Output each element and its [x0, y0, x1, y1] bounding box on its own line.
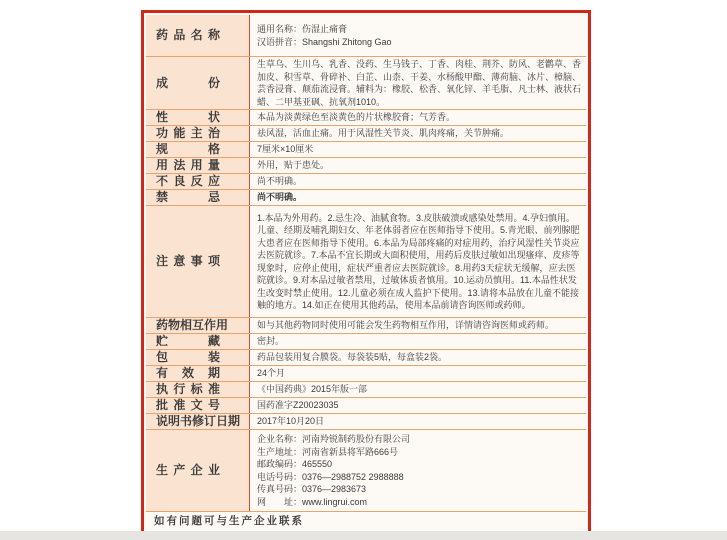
row-label-text: 贮藏: [156, 335, 220, 348]
table-row-package: 包装药品包装用复合膜袋。每袋装5贴，每盒装2袋。: [146, 350, 586, 366]
table-row-precautions: 注意事项1.本品为外用药。2.忌生冷、油腻食物。3.皮肤破溃或感染处禁用。4.孕…: [146, 206, 586, 318]
row-content-drug-name: 通用名称：伤湿止痛膏汉语拼音：Shangshi Zhitong Gao: [250, 15, 586, 56]
row-label-adverse-reactions: 不良反应: [146, 174, 250, 189]
row-label-manufacturer: 生产企业: [146, 430, 250, 511]
drug-leaflet-photo: 药品名称通用名称：伤湿止痛膏汉语拼音：Shangshi Zhitong Gao成…: [0, 0, 727, 540]
row-label-ingredients: 成份: [146, 57, 250, 109]
content-line: 药品包装用复合膜袋。每袋装5贴，每盒装2袋。: [257, 351, 583, 364]
row-label-drug-name: 药品名称: [146, 15, 250, 56]
row-label-specification: 规格: [146, 142, 250, 157]
content-line: 7厘米×10厘米: [257, 143, 583, 156]
table-row-manufacturer: 生产企业企业名称：河南羚锐制药股份有限公司生产地址：河南省新县将军路666号邮政…: [146, 430, 586, 512]
row-label-text: 药品名称: [156, 29, 220, 42]
content-line: 生草乌、生川乌、乳香、没药、生马钱子、丁香、肉桂、荆芥、防风、老鹳草、香加皮、积…: [257, 58, 583, 108]
table-row-drug-interactions: 药物相互作用如与其他药物同时使用可能会发生药物相互作用，详情请咨询医师或药师。: [146, 318, 586, 334]
content-line: 尚不明确。: [257, 191, 583, 204]
row-label-text: 有效期: [156, 367, 220, 380]
row-content-drug-interactions: 如与其他药物同时使用可能会发生药物相互作用，详情请咨询医师或药师。: [250, 318, 586, 333]
row-label-text: 注意事项: [156, 255, 220, 268]
table-row-validity-period: 有效期24个月: [146, 366, 586, 382]
content-line: 生产地址：河南省新县将军路666号: [257, 446, 583, 459]
row-label-validity-period: 有效期: [146, 366, 250, 381]
drug-info-table: 药品名称通用名称：伤湿止痛膏汉语拼音：Shangshi Zhitong Gao成…: [141, 10, 591, 534]
table-row-specification: 规格7厘米×10厘米: [146, 142, 586, 158]
row-content-approval-number: 国药准字Z20023035: [250, 398, 586, 413]
table-row-revision-date: 说明书修订日期2017年10月20日: [146, 414, 586, 430]
content-line: 密封。: [257, 335, 583, 348]
row-label-text: 成份: [156, 77, 220, 90]
content-line: 如与其他药物同时使用可能会发生药物相互作用，详情请咨询医师或药师。: [257, 319, 583, 332]
row-label-text: 包装: [156, 351, 220, 364]
table-row-storage: 贮藏密封。: [146, 334, 586, 350]
row-content-contraindications: 尚不明确。: [250, 190, 586, 205]
row-content-description: 本品为淡黄绿色至淡黄色的片状橡胶膏；气芳香。: [250, 110, 586, 125]
table-row-functions-indications: 功能主治祛风湿，活血止痛。用于风湿性关节炎、肌肉疼痛，关节肿痛。: [146, 126, 586, 142]
content-line: 网 址：www.lingrui.com: [257, 496, 583, 509]
content-line: 24个月: [257, 367, 583, 380]
content-line: 国药准字Z20023035: [257, 399, 583, 412]
row-label-storage: 贮藏: [146, 334, 250, 349]
content-line: 电话号码：0376—2988752 2988888: [257, 471, 583, 484]
table-rows: 药品名称通用名称：伤湿止痛膏汉语拼音：Shangshi Zhitong Gao成…: [146, 15, 586, 512]
content-line: 邮政编码：465550: [257, 458, 583, 471]
table-row-usage-dosage: 用法用量外用，贴于患处。: [146, 158, 586, 174]
table-row-ingredients: 成份生草乌、生川乌、乳香、没药、生马钱子、丁香、肉桂、荆芥、防风、老鹳草、香加皮…: [146, 57, 586, 110]
row-content-executive-standard: 《中国药典》2015年版一部: [250, 382, 586, 397]
content-line: 通用名称：伤湿止痛膏: [257, 23, 583, 36]
row-label-text: 药物相互作用: [156, 319, 228, 332]
content-line: 尚不明确。: [257, 175, 583, 188]
content-line: 汉语拼音：Shangshi Zhitong Gao: [257, 36, 583, 49]
content-line: 2017年10月20日: [257, 415, 583, 428]
row-content-usage-dosage: 外用，贴于患处。: [250, 158, 586, 173]
footer-note: 如有问题可与生产企业联系: [146, 512, 586, 529]
content-line: 外用，贴于患处。: [257, 159, 583, 172]
content-line: 传真号码：0376—2983673: [257, 483, 583, 496]
row-label-text: 批准文号: [156, 399, 220, 412]
photo-bottom-edge: [0, 531, 727, 540]
row-label-executive-standard: 执行标准: [146, 382, 250, 397]
row-content-ingredients: 生草乌、生川乌、乳香、没药、生马钱子、丁香、肉桂、荆芥、防风、老鹳草、香加皮、积…: [250, 57, 586, 109]
row-label-text: 生产企业: [156, 464, 220, 477]
content-line: 企业名称：河南羚锐制药股份有限公司: [257, 433, 583, 446]
content-line: 1.本品为外用药。2.忌生冷、油腻食物。3.皮肤破溃或感染处禁用。4.孕妇慎用。…: [257, 212, 583, 312]
row-label-revision-date: 说明书修订日期: [146, 414, 250, 429]
row-content-adverse-reactions: 尚不明确。: [250, 174, 586, 189]
row-content-specification: 7厘米×10厘米: [250, 142, 586, 157]
table-row-executive-standard: 执行标准《中国药典》2015年版一部: [146, 382, 586, 398]
row-label-usage-dosage: 用法用量: [146, 158, 250, 173]
row-content-package: 药品包装用复合膜袋。每袋装5贴，每盒装2袋。: [250, 350, 586, 365]
row-label-text: 规格: [156, 143, 220, 156]
row-label-precautions: 注意事项: [146, 206, 250, 317]
row-content-precautions: 1.本品为外用药。2.忌生冷、油腻食物。3.皮肤破溃或感染处禁用。4.孕妇慎用。…: [250, 206, 586, 317]
table-row-approval-number: 批准文号国药准字Z20023035: [146, 398, 586, 414]
content-line: 本品为淡黄绿色至淡黄色的片状橡胶膏；气芳香。: [257, 111, 583, 124]
content-line: 祛风湿，活血止痛。用于风湿性关节炎、肌肉疼痛，关节肿痛。: [257, 127, 583, 140]
row-content-manufacturer: 企业名称：河南羚锐制药股份有限公司生产地址：河南省新县将军路666号邮政编码：4…: [250, 430, 586, 511]
row-label-approval-number: 批准文号: [146, 398, 250, 413]
row-label-text: 禁忌: [156, 191, 220, 204]
row-label-drug-interactions: 药物相互作用: [146, 318, 250, 333]
row-label-contraindications: 禁忌: [146, 190, 250, 205]
table-row-adverse-reactions: 不良反应尚不明确。: [146, 174, 586, 190]
row-label-package: 包装: [146, 350, 250, 365]
row-label-functions-indications: 功能主治: [146, 126, 250, 141]
row-label-text: 执行标准: [156, 383, 220, 396]
content-line: 《中国药典》2015年版一部: [257, 383, 583, 396]
row-content-storage: 密封。: [250, 334, 586, 349]
row-content-revision-date: 2017年10月20日: [250, 414, 586, 429]
table-row-description: 性状本品为淡黄绿色至淡黄色的片状橡胶膏；气芳香。: [146, 110, 586, 126]
table-row-contraindications: 禁忌尚不明确。: [146, 190, 586, 206]
row-content-functions-indications: 祛风湿，活血止痛。用于风湿性关节炎、肌肉疼痛，关节肿痛。: [250, 126, 586, 141]
row-label-text: 不良反应: [156, 175, 220, 188]
row-label-text: 功能主治: [156, 127, 220, 140]
table-row-drug-name: 药品名称通用名称：伤湿止痛膏汉语拼音：Shangshi Zhitong Gao: [146, 15, 586, 57]
row-label-text: 性状: [156, 111, 220, 124]
row-label-text: 说明书修订日期: [156, 415, 240, 428]
row-label-text: 用法用量: [156, 159, 220, 172]
row-label-description: 性状: [146, 110, 250, 125]
row-content-validity-period: 24个月: [250, 366, 586, 381]
